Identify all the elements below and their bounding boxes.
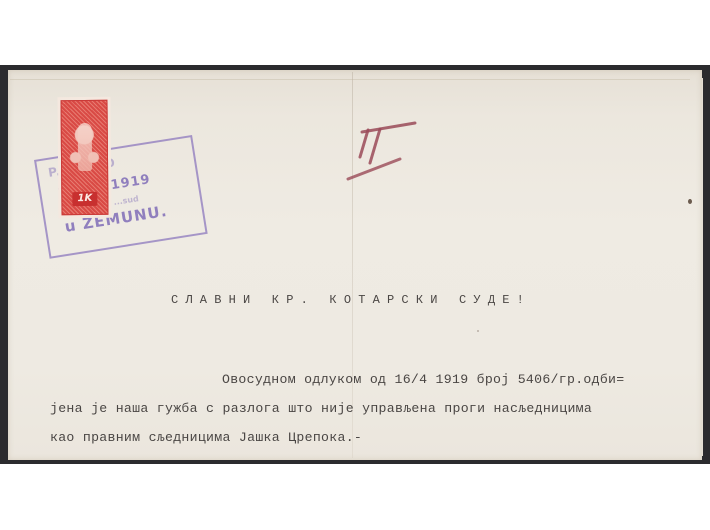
paper-speck [688, 199, 692, 204]
postmark-line-3: ...sud [113, 194, 139, 207]
stamp-value: 1K [72, 192, 97, 206]
letter-body-line-2: јена је наша гужба с разлога што није уп… [50, 401, 592, 416]
letter-body-line-3: као правним сљедницима Јашка Црепока.- [50, 430, 362, 445]
paper-top-crease [10, 79, 690, 80]
letter-salutation: СЛАВНИ КР. КОТАРСКИ СУДЕ! [171, 293, 531, 307]
revenue-stamp: 1K [57, 97, 111, 218]
letter-body-line-1: Овосудном одлуком од 16/4 1919 број 5406… [222, 372, 624, 387]
paper-speck [477, 330, 479, 332]
pencil-annotation-icon [340, 115, 425, 185]
stamp-design: 1K [60, 100, 108, 215]
stamp-figure-icon [78, 123, 92, 171]
